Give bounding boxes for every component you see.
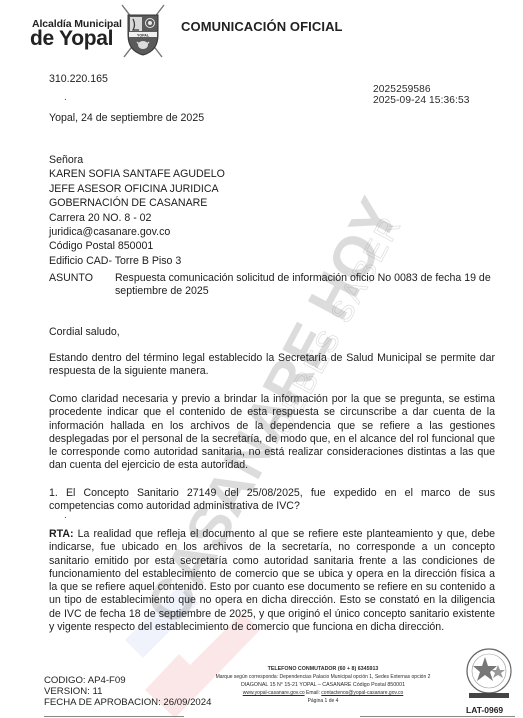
footer-divider-right — [360, 716, 515, 717]
footer-page-number: Página 1 de 4 — [198, 697, 448, 705]
recipient-postal-code: Código Postal 850001 — [49, 239, 225, 253]
recipient-email: juridica@casanare.gov.co — [49, 225, 225, 239]
subject-text: Respuesta comunicación solicitud de info… — [115, 272, 495, 299]
certification-code: LAT-0969 — [466, 705, 503, 715]
subject-label: ASUNTO — [49, 272, 93, 285]
footer-email-label: Email: — [306, 690, 320, 696]
recipient-title: Señora — [49, 153, 225, 167]
scan-mark: . — [64, 92, 67, 103]
clarification-line: dan cuenta del ejercicio de esta autorid… — [49, 459, 495, 472]
place-date: Yopal, 24 de septiembre de 2025 — [49, 112, 204, 125]
scan-mark: . — [64, 510, 67, 521]
footer-contact: TELEFONO CONMUTADOR (60 + 8) 6345913 Mar… — [198, 665, 448, 705]
footer-approval-date: FECHA DE APROBACION: 26/09/2024 — [44, 697, 211, 708]
question-1: 1. El Concepto Sanitario 27149 del 25/08… — [49, 487, 495, 514]
question-line: competencias como autoridad administrati… — [49, 500, 495, 513]
yopal-crest-icon: YOPAL — [118, 3, 168, 59]
subject-line-2: septiembre de 2025 — [115, 285, 495, 298]
clarification-line: desplegadas por el personal de la secret… — [49, 433, 495, 446]
intro-line: Estando dentro del término legal estable… — [49, 352, 495, 365]
recipient-name: KAREN SOFIA SANTAFE AGUDELO — [49, 167, 225, 181]
footer-code: CODIGO: AP4-F09 — [44, 675, 211, 686]
footer-address: DIAGONAL 15 N° 15-21 YOPAL – CASANARE Có… — [198, 681, 448, 689]
answer-line: y vigente respecto del establecimiento d… — [49, 621, 495, 634]
intro-paragraph: Estando dentro del término legal estable… — [49, 352, 495, 379]
answer-line: de IVC de fecha 18 de septiembre de 2025… — [49, 608, 495, 621]
footer-dial-instructions: Marque según corresponda: Dependencias P… — [198, 673, 448, 681]
footer-version: VERSION: 11 — [44, 686, 211, 697]
footer-document-info: CODIGO: AP4-F09 VERSION: 11 FECHA DE APR… — [44, 675, 211, 708]
clarification-line: procedente indicar que el contenido de e… — [49, 406, 495, 419]
answer-line: sanitario emitido por esta secretaría co… — [49, 555, 495, 568]
clarification-paragraph: Como claridad necesaria y previo a brind… — [49, 393, 495, 473]
recipient-entity: GOBERNACIÓN DE CASANARE — [49, 196, 225, 210]
subject-line-1: Respuesta comunicación solicitud de info… — [115, 272, 495, 285]
answer-line: indicarse, fue ubicado en los archivos d… — [49, 541, 495, 554]
recipient-position: JEFE ASESOR OFICINA JURIDICA — [49, 182, 225, 196]
recipient-address: Carrera 20 NO. 8 - 02 — [49, 211, 225, 225]
answer-line: RTA: La realidad que refleja el document… — [49, 528, 495, 541]
footer-divider-left — [44, 716, 184, 717]
certification-seal-icon — [463, 645, 515, 705]
recipient-block: Señora KAREN SOFIA SANTAFE AGUDELO JEFE … — [49, 153, 225, 268]
answer-line: funcionamiento del establecimiento de co… — [49, 568, 495, 581]
radicado-number: 2025259586 — [373, 84, 431, 96]
intro-line: respuesta de la siguiente manera. — [49, 365, 495, 378]
answer-text: La realidad que refleja el documento al … — [74, 528, 495, 540]
answer-line: un tipo de establecimiento que no opera … — [49, 594, 495, 607]
answer-label: RTA: — [49, 528, 74, 540]
greeting: Cordial saludo, — [49, 326, 120, 339]
clarification-line: Como claridad necesaria y previo a brind… — [49, 393, 495, 406]
clarification-line: información hallada en los archivos de l… — [49, 420, 495, 433]
footer-phone: TELEFONO CONMUTADOR (60 + 8) 6345913 — [198, 665, 448, 673]
question-line: 1. El Concepto Sanitario 27149 del 25/08… — [49, 487, 495, 500]
document-title: COMUNICACIÓN OFICIAL — [181, 19, 343, 34]
brand-line-2: de Yopal — [30, 27, 113, 51]
recipient-building: Edificio CAD- Torre B Piso 3 — [49, 254, 225, 268]
svg-text:YOPAL: YOPAL — [137, 33, 150, 37]
reference-code: 310.220.165 — [49, 73, 108, 86]
answer-1: RTA: La realidad que refleja el document… — [49, 528, 495, 634]
answer-line: la que se refiere aquel contenido. Esto … — [49, 581, 495, 594]
footer-email-link[interactable]: contactenos@yopal-casanare.gov.co — [321, 690, 403, 696]
footer-website-link[interactable]: www.yopal-casanare.gov.co — [243, 690, 305, 696]
radicado-datetime: 2025-09-24 15:36:53 — [373, 95, 470, 107]
clarification-line: le corresponde como autoridad sanitaria,… — [49, 446, 495, 459]
footer-links: www.yopal-casanare.gov.co Email: contact… — [198, 689, 448, 697]
